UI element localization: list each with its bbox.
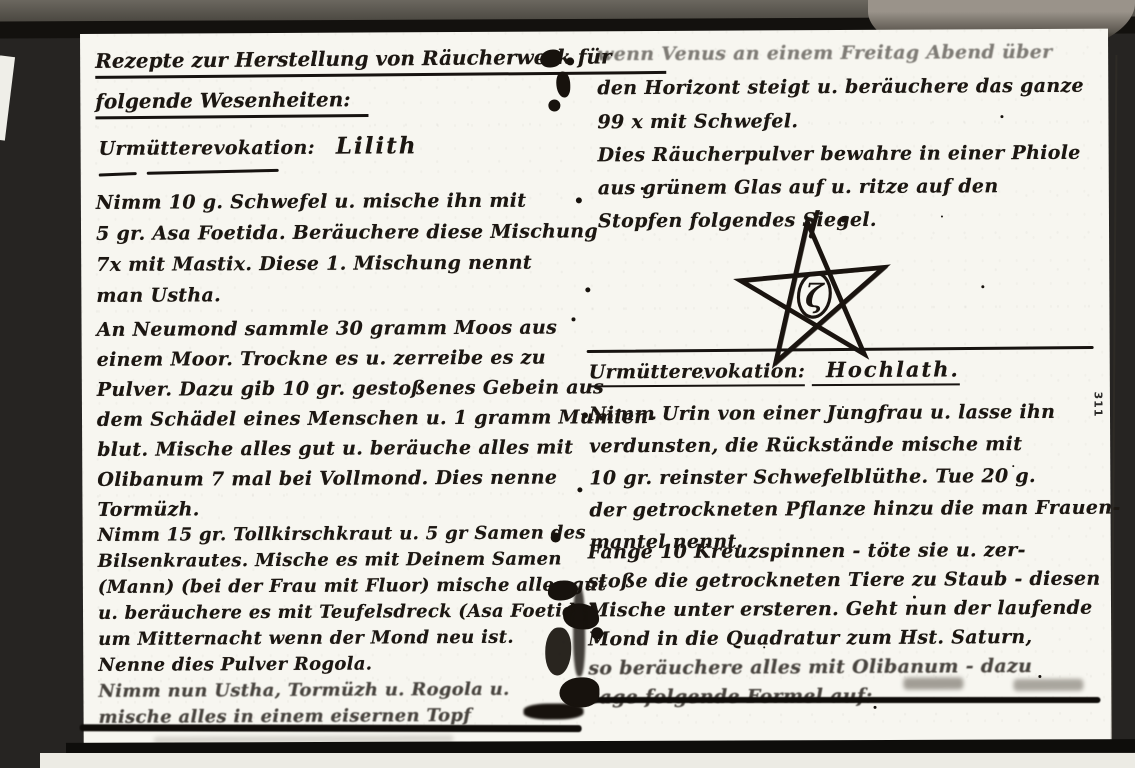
ink-smear-underline (80, 724, 582, 732)
ink-speck (702, 377, 704, 379)
handwritten-line: Olibanum 7 mal bei Vollmond. Dies nenne (97, 462, 657, 495)
handwritten-line: 5 gr. Asa Foetida. Beräuchere diese Misc… (96, 216, 598, 250)
ink-speck (842, 406, 844, 408)
handwritten-line: verdunsten, die Rückstände mische mit (589, 428, 1120, 463)
ink-speck (981, 285, 984, 288)
page-number: 311 (1092, 392, 1105, 418)
ink-speck (1012, 465, 1014, 467)
right-paragraph-1: wenn Venus an einem Freitag Abend über d… (597, 35, 1084, 140)
smudged-marks (1013, 679, 1083, 691)
ink-speck (641, 187, 644, 190)
adjacent-page-sliver (0, 55, 15, 140)
handwritten-line: der getrockneten Pflanze hinzu die man F… (589, 492, 1120, 527)
spirit-sigil-glyph: ζ (805, 278, 826, 315)
handwritten-line: 10 gr. reinster Schwefelblüthe. Tue 20 g… (589, 460, 1120, 495)
ink-speck (1000, 115, 1003, 118)
heading-label: Urmütterevokation: (589, 360, 805, 387)
ink-blot (576, 197, 582, 203)
fold-shadow-streak (573, 586, 585, 676)
handwritten-line: Nimm 10 g. Schwefel u. mische ihn mit (96, 185, 598, 219)
ink-speck (763, 646, 765, 648)
handwritten-line: um Mitternacht wenn der Mond neu ist. (98, 624, 606, 653)
heading-underline-stroke (99, 172, 137, 177)
handwritten-line: Fange 10 Kreuzspinnen - töte sie u. zer- (588, 536, 1101, 568)
handwritten-line: Nimm nun Ustha, Tormüzh u. Rogola u. (98, 676, 606, 705)
ink-speck (941, 215, 943, 217)
handwritten-line: blut. Mische alles gut u. beräuche alles… (97, 432, 657, 465)
left-paragraph-3: Nimm 15 gr. Tollkirschkraut u. 5 gr Same… (98, 520, 607, 731)
left-paragraph-1: Nimm 10 g. Schwefel u. mische ihn mit 5 … (96, 185, 599, 312)
heading-underline-stroke (147, 169, 279, 175)
ink-blot (591, 627, 603, 639)
left-paragraph-2: An Neumond sammle 30 gramm Moos aus eine… (96, 312, 657, 525)
ink-speck (913, 596, 916, 599)
handwritten-line: Dies Räucherpulver bewahre in einer Phio… (598, 137, 1081, 173)
handwritten-line: dem Schädel eines Menschen u. 1 gramm Mu… (97, 402, 657, 435)
heading-entity-name: Hochlath. (812, 356, 960, 386)
left-column-title: Rezepte zur Herstellung von Räucherwerk … (95, 45, 667, 130)
scanned-book-page: Rezepte zur Herstellung von Räucherwerk … (0, 0, 1135, 768)
heading-label: Urmütterevokation: (99, 137, 315, 160)
handwritten-line: aus grünem Glas auf u. ritze auf den (598, 170, 1081, 206)
ink-blot (524, 703, 584, 719)
handwritten-line: den Horizont steigt u. beräuchere das ga… (597, 69, 1084, 106)
handwritten-line: 99 x mit Schwefel. (597, 103, 1084, 140)
handwritten-line: Mische unter ersteren. Geht nun der lauf… (588, 594, 1101, 626)
handwritten-line: Nimm Urin von einer Jungfrau u. lasse ih… (589, 396, 1120, 431)
handwritten-line: 7x mit Mastix. Diese 1. Mischung nennt (96, 247, 598, 281)
right-paragraph-3: Nimm Urin von einer Jungfrau u. lasse ih… (589, 396, 1121, 559)
handwritten-line: wenn Venus an einem Freitag Abend über (597, 35, 1084, 72)
section-heading-lilith: Urmütterevokation: Lilith (99, 132, 418, 161)
ink-blot (585, 287, 590, 292)
ink-blot (556, 71, 570, 97)
heading-entity-name: Lilith (322, 132, 418, 160)
handwritten-line: Mond in die Quadratur zum Hst. Saturn, (588, 623, 1101, 655)
ink-blot (566, 57, 574, 65)
ink-blot (571, 317, 575, 321)
ink-smear-underline (588, 697, 1100, 703)
handwritten-line: stoße die getrockneten Tiere zu Staub - … (588, 565, 1101, 597)
ink-speck (874, 706, 877, 709)
title-line-1: Rezepte zur Herstellung von Räucherwerk … (95, 44, 667, 79)
ink-speck (1038, 675, 1041, 678)
handwritten-line: (Mann) (bei der Frau mit Fluor) mische a… (98, 572, 606, 601)
handwritten-line: Nimm 15 gr. Tollkirschkraut u. 5 gr Same… (98, 520, 606, 549)
handwritten-line: Nenne dies Pulver Rogola. (98, 650, 606, 679)
ink-blot (582, 412, 588, 418)
title-line-2: folgende Wesenheiten: (95, 87, 369, 119)
scanner-bed-bottom (40, 753, 1135, 768)
section-heading-hochlath: Urmütterevokation: Hochlath. (589, 356, 960, 383)
handwritten-line: Bilsenkrautes. Mische es mit Deinem Same… (98, 546, 606, 575)
ink-blot (577, 487, 582, 492)
manuscript-page: Rezepte zur Herstellung von Räucherwerk … (80, 29, 1112, 750)
handwritten-line: man Ustha. (96, 278, 598, 312)
handwritten-line: Pulver. Dazu gib 10 gr. gestoßenes Gebei… (97, 372, 657, 405)
ink-blot (551, 532, 561, 542)
handwritten-line: einem Moor. Trockne es u. zerreibe es zu (97, 342, 657, 375)
pentagram-sigil-drawing: ζ (709, 210, 920, 381)
ink-blot (548, 99, 560, 111)
smudged-marks (903, 677, 963, 689)
handwritten-line: u. beräuchere es mit Teufelsdreck (Asa F… (98, 598, 606, 627)
ink-speck (703, 547, 705, 549)
